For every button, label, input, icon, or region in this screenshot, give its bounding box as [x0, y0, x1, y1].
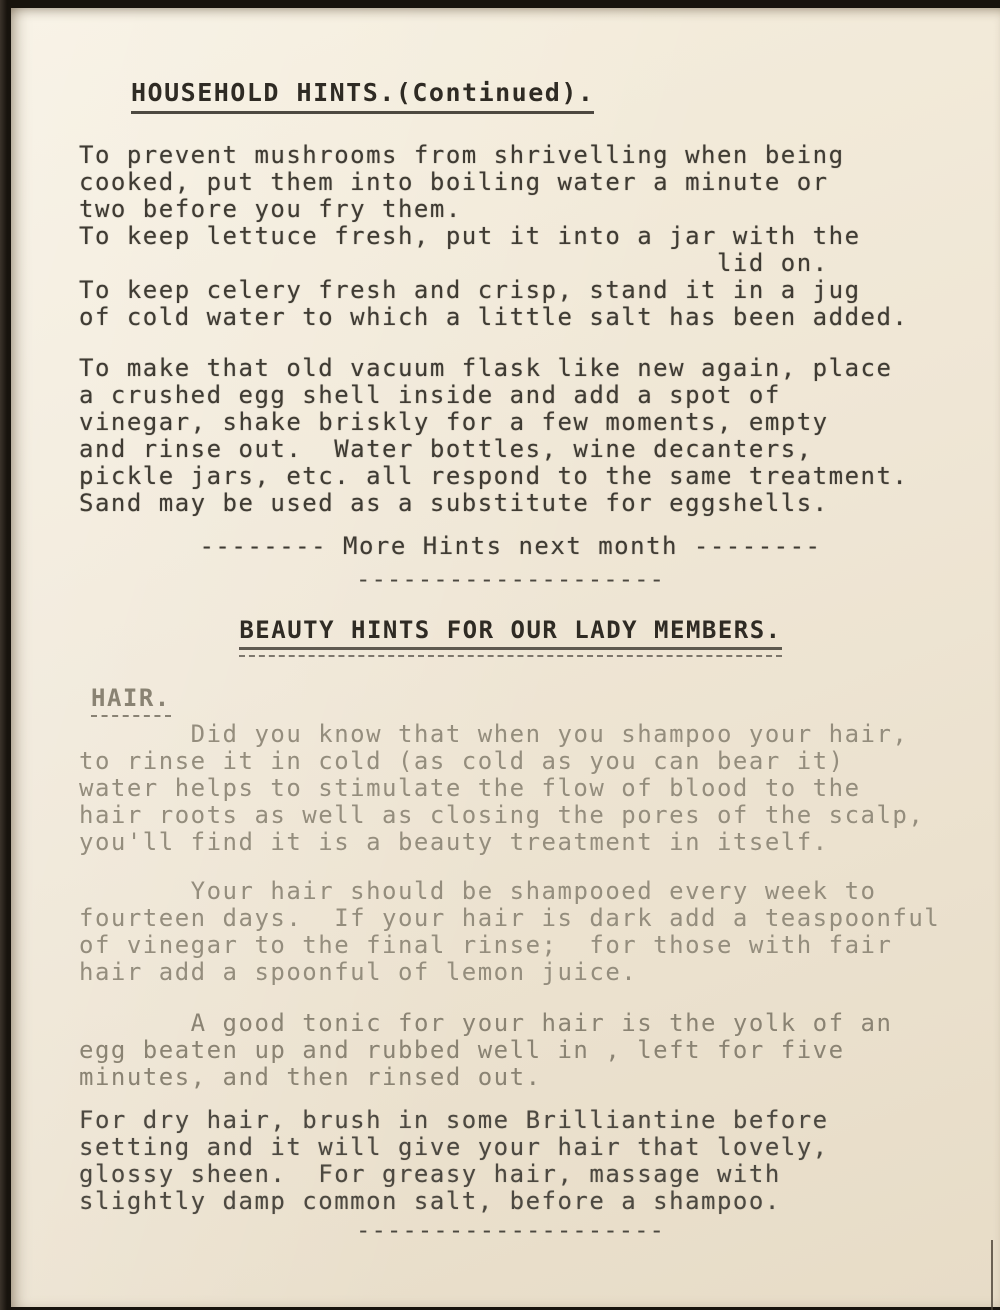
household-hints-heading-row: HOUSEHOLD HINTS.(Continued).	[131, 78, 942, 114]
hair-subheading: HAIR.	[91, 683, 171, 717]
beauty-hints-heading-row: BEAUTY HINTS FOR OUR LADY MEMBERS.	[79, 615, 942, 657]
cold-rinse-paragraph: Did you know that when you shampoo your …	[79, 721, 942, 856]
paper-sheet: HOUSEHOLD HINTS.(Continued). To prevent …	[11, 8, 1000, 1307]
hair-subheading-row: HAIR.	[91, 683, 942, 717]
scanned-page: HOUSEHOLD HINTS.(Continued). To prevent …	[0, 0, 1000, 1310]
egg-tonic-paragraph: A good tonic for your hair is the yolk o…	[79, 1010, 942, 1091]
household-hints-title: HOUSEHOLD HINTS.(Continued).	[131, 78, 594, 114]
closing-dashes: --------------------	[79, 1217, 942, 1244]
household-quick-hints-paragraph: To prevent mushrooms from shrivelling wh…	[79, 142, 942, 331]
scan-edge-line	[991, 1240, 993, 1310]
more-hints-separator: -------- More Hints next month -------- …	[79, 533, 942, 593]
shampoo-frequency-paragraph: Your hair should be shampooed every week…	[79, 878, 942, 986]
dry-greasy-hair-paragraph: For dry hair, brush in some Brilliantine…	[79, 1107, 942, 1215]
more-hints-dashed-underline: --------------------	[79, 566, 942, 593]
vacuum-flask-hint-paragraph: To make that old vacuum flask like new a…	[79, 355, 942, 517]
more-hints-text: -------- More Hints next month --------	[79, 533, 942, 560]
beauty-hints-title: BEAUTY HINTS FOR OUR LADY MEMBERS.	[239, 615, 781, 657]
